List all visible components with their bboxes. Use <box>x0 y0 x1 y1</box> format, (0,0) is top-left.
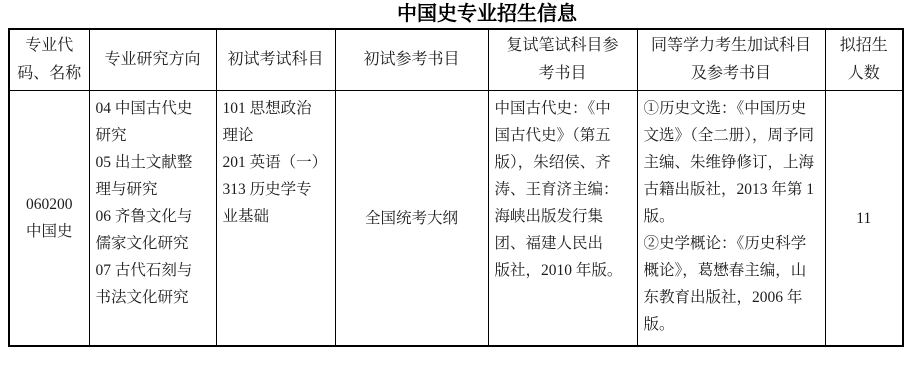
cell-initial-reference-books: 全国统考大纲 <box>335 91 488 347</box>
header-row: 专业代 码、名称 专业研究方向 初试考试科目 初试参考书目 复试笔试科目参 考书… <box>9 29 903 91</box>
col-header-planned-enrollment: 拟招生 人数 <box>825 29 903 91</box>
col-header-initial-reference-books: 初试参考书目 <box>335 29 488 91</box>
cell-major-code-name: 060200 中国史 <box>9 91 89 347</box>
page: 中国史专业招生信息 专业代 码、名称 专业研究方向 初试考试科目 初试参考书目 … <box>0 0 908 368</box>
col-header-retest-reference-books: 复试笔试科目参 考书目 <box>488 29 637 91</box>
col-header-initial-exam-subjects: 初试考试科目 <box>216 29 335 91</box>
cell-equivalency-extra-subjects: ①历史文选：《中国历史 文选》（全二册），周予同 主编、朱维铮修订，上海 古籍出… <box>637 91 825 347</box>
col-header-equivalency-extra-subjects: 同等学力考生加试科目 及参考书目 <box>637 29 825 91</box>
cell-retest-reference-books: 中国古代史：《中 国古代史》（第五 版），朱绍侯、齐 涛、王育济主编： 海峡出版… <box>488 91 637 347</box>
cell-initial-exam-subjects: 101 思想政治 理论 201 英语（一） 313 历史学专 业基础 <box>216 91 335 347</box>
cell-research-directions: 04 中国古代史 研究 05 出土文献整 理与研究 06 齐鲁文化与 儒家文化研… <box>89 91 216 347</box>
admissions-table: 专业代 码、名称 专业研究方向 初试考试科目 初试参考书目 复试笔试科目参 考书… <box>8 28 904 347</box>
col-header-major-code-name: 专业代 码、名称 <box>9 29 89 91</box>
col-header-research-directions: 专业研究方向 <box>89 29 216 91</box>
page-title: 中国史专业招生信息 <box>0 0 908 28</box>
table-row: 060200 中国史 04 中国古代史 研究 05 出土文献整 理与研究 06 … <box>9 91 903 347</box>
cell-planned-enrollment: 11 <box>825 91 903 347</box>
